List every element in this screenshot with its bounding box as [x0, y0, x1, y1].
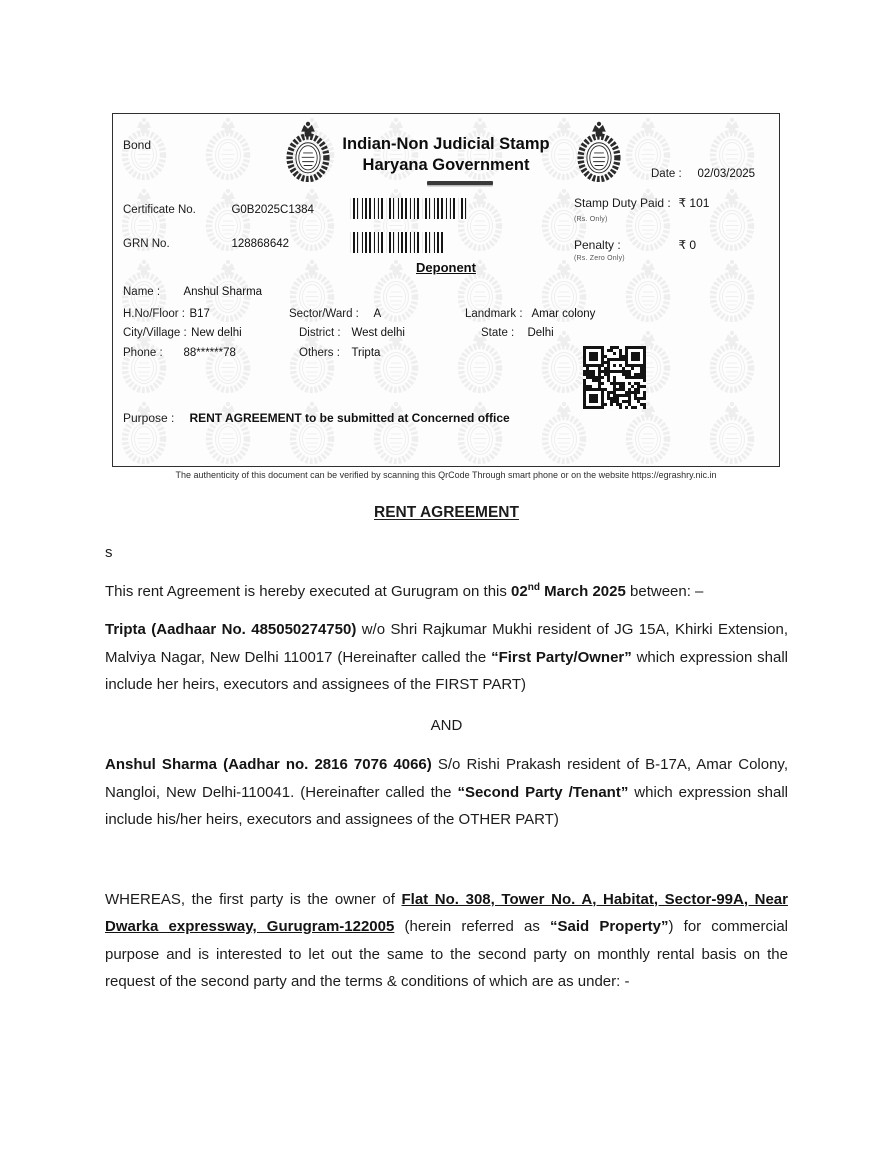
- first-party-term: “First Party/Owner”: [491, 649, 632, 666]
- name-label: Name :: [123, 286, 179, 298]
- grn-no-field: GRN No. 128868642: [123, 234, 289, 252]
- agreement-body: RENT AGREEMENT s This rent Agreement is …: [105, 503, 788, 1007]
- phone-value: 88******78: [183, 347, 235, 359]
- verification-note: The authenticity of this document can be…: [0, 470, 892, 480]
- grn-no-label: GRN No.: [123, 238, 227, 250]
- execution-post: between: –: [626, 583, 704, 600]
- microtext-line: [427, 181, 493, 185]
- penalty-field: Penalty : ₹ 0: [574, 236, 696, 254]
- whereas-clause: WHEREAS, the first party is the owner of…: [105, 886, 788, 996]
- state-value: Delhi: [527, 327, 553, 339]
- certificate-no-field: Certificate No. G0B2025C1384: [123, 200, 314, 218]
- state-field: State : Delhi: [481, 323, 554, 341]
- agreement-title: RENT AGREEMENT: [105, 503, 788, 523]
- penalty-label: Penalty :: [574, 238, 674, 252]
- sector-value: A: [373, 308, 381, 320]
- stamp-duty-field: Stamp Duty Paid : ₹ 101: [574, 194, 709, 212]
- date-value: 02/03/2025: [697, 168, 755, 180]
- second-party-name: Anshul Sharma (Aadhar no. 2816 7076 4066…: [105, 756, 432, 773]
- district-label: District :: [299, 327, 347, 339]
- whereas-pre: WHEREAS, the first party is the owner of: [105, 891, 402, 908]
- second-party-clause: Anshul Sharma (Aadhar no. 2816 7076 4066…: [105, 751, 788, 834]
- city-field: City/Village : New delhi: [123, 323, 242, 341]
- city-label: City/Village :: [123, 327, 187, 339]
- purpose-value: RENT AGREEMENT to be submitted at Concer…: [189, 411, 509, 425]
- hno-label: H.No/Floor :: [123, 308, 185, 320]
- others-value: Tripta: [351, 347, 380, 359]
- stray-character: s: [105, 539, 788, 567]
- grn-barcode: [349, 232, 445, 253]
- phone-label: Phone :: [123, 347, 179, 359]
- said-property-term: “Said Property”: [550, 918, 669, 935]
- others-field: Others : Tripta: [299, 343, 380, 361]
- stamp-duty-note: (Rs. Only): [574, 216, 608, 223]
- landmark-value: Amar colony: [531, 308, 595, 320]
- hno-value: B17: [189, 308, 209, 320]
- others-label: Others :: [299, 347, 347, 359]
- execution-clause: This rent Agreement is hereby executed a…: [105, 578, 788, 606]
- execution-date-ordinal: nd: [528, 582, 540, 593]
- certificate-no-label: Certificate No.: [123, 204, 227, 216]
- execution-date-day: 02: [511, 583, 528, 600]
- sector-field: Sector/Ward : A: [289, 304, 381, 322]
- certificate-no-value: G0B2025C1384: [231, 204, 313, 216]
- phone-field: Phone : 88******78: [123, 343, 236, 361]
- and-separator: AND: [105, 712, 788, 740]
- stamp-duty-value: ₹ 101: [678, 196, 709, 210]
- deponent-heading: Deponent: [113, 260, 779, 275]
- sector-label: Sector/Ward :: [289, 308, 369, 320]
- first-party-clause: Tripta (Aadhaar No. 485050274750) w/o Sh…: [105, 616, 788, 699]
- landmark-label: Landmark :: [465, 308, 527, 320]
- qr-code: [583, 346, 646, 409]
- purpose-label: Purpose :: [123, 411, 185, 425]
- name-value: Anshul Sharma: [183, 286, 262, 298]
- city-value: New delhi: [191, 327, 242, 339]
- state-label: State :: [481, 327, 523, 339]
- penalty-value: ₹ 0: [678, 238, 696, 252]
- whereas-mid: (herein referred as: [394, 918, 550, 935]
- execution-pre: This rent Agreement is hereby executed a…: [105, 583, 511, 600]
- date-field: Date : 02/03/2025: [651, 164, 755, 182]
- document-page: Bond Indian-Non Judicial Stamp Haryana G…: [0, 0, 892, 1155]
- second-party-term: “Second Party /Tenant”: [457, 784, 628, 801]
- landmark-field: Landmark : Amar colony: [465, 304, 595, 322]
- execution-date-rest: March 2025: [540, 583, 626, 600]
- first-party-name: Tripta (Aadhaar No. 485050274750): [105, 621, 356, 638]
- grn-no-value: 128868642: [231, 238, 289, 250]
- stamp-title-line1: Indian-Non Judicial Stamp: [113, 134, 779, 155]
- date-label: Date :: [651, 168, 693, 180]
- district-value: West delhi: [351, 327, 404, 339]
- district-field: District : West delhi: [299, 323, 405, 341]
- name-field: Name : Anshul Sharma: [123, 282, 262, 300]
- hno-field: H.No/Floor : B17: [123, 304, 210, 322]
- certificate-barcode: [349, 198, 469, 219]
- stamp-duty-label: Stamp Duty Paid :: [574, 196, 674, 210]
- stamp-certificate: Bond Indian-Non Judicial Stamp Haryana G…: [112, 113, 780, 467]
- purpose-field: Purpose : RENT AGREEMENT to be submitted…: [123, 409, 510, 427]
